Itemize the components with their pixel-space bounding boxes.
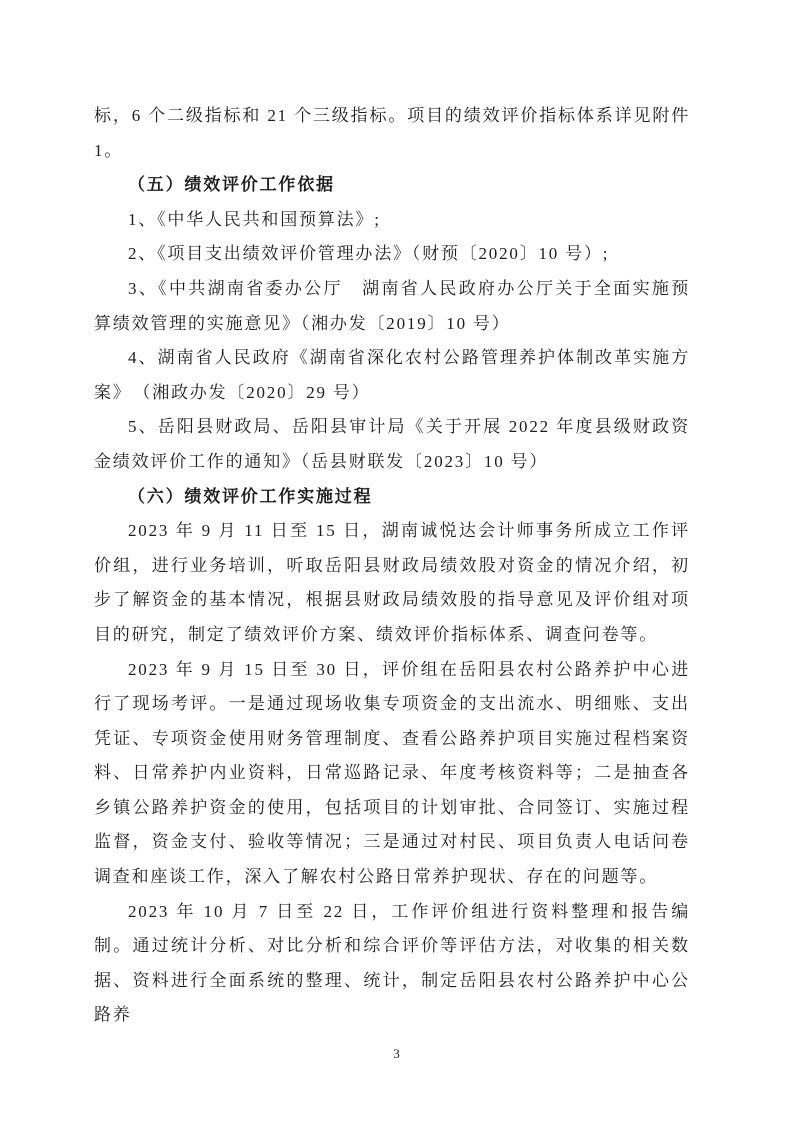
paragraph: 标，6 个二级指标和 21 个三级指标。项目的绩效评价指标体系详见附件1。 (94, 99, 690, 168)
paragraph: 3、《中共湖南省委办公厅 湖南省人民政府办公厅关于全面实施预算绩效管理的实施意见… (94, 272, 690, 341)
section-heading: （六）绩效评价工作实施过程 (94, 480, 690, 515)
paragraph: 5、岳阳县财政局、岳阳县审计局《关于开展 2022 年度县级财政资金绩效评价工作… (94, 410, 690, 479)
paragraph: 2023 年 9 月 15 日至 30 日，评价组在岳阳县农村公路养护中心进行了… (94, 653, 690, 895)
document-page: 标，6 个二级指标和 21 个三级指标。项目的绩效评价指标体系详见附件1。（五）… (0, 0, 793, 1121)
paragraph: 4、湖南省人民政府《湖南省深化农村公路管理养护体制改革实施方案》 （湘政办发〔2… (94, 341, 690, 410)
document-body: 标，6 个二级指标和 21 个三级指标。项目的绩效评价指标体系详见附件1。（五）… (94, 99, 690, 1033)
paragraph: 2023 年 10 月 7 日至 22 日，工作评价组进行资料整理和报告编制。通… (94, 895, 690, 1033)
page-footer: 3 (0, 1046, 793, 1062)
page-number: 3 (393, 1046, 400, 1061)
paragraph: 2、《项目支出绩效评价管理办法》（财预〔2020〕10 号）; (94, 237, 690, 272)
section-heading: （五）绩效评价工作依据 (94, 168, 690, 203)
paragraph: 1、《中华人民共和国预算法》; (94, 203, 690, 238)
paragraph: 2023 年 9 月 11 日至 15 日，湖南诚悦达会计师事务所成立工作评价组… (94, 514, 690, 652)
